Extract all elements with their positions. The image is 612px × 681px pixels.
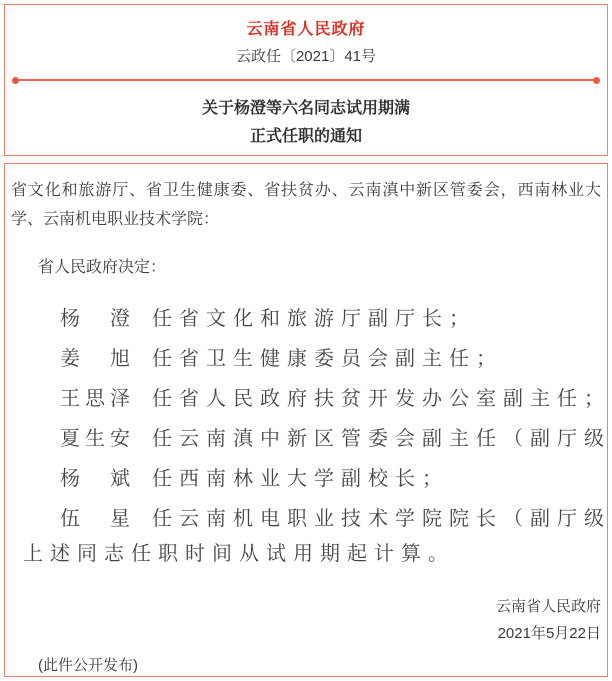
appointee-position: 任云南机电职业技术学院院长（副厅级）。 [152,508,612,530]
appointee-name: 伍 星 [60,499,130,539]
document-title-line2: 正式任职的通知 [5,126,607,147]
appointee-name: 杨 斌 [60,459,130,499]
appointee-name: 姜 旭 [60,339,130,379]
signature-org: 云南省人民政府 [11,593,601,621]
appointee-name: 杨 澄 [60,299,130,339]
decision-intro: 省人民政府决定： [11,253,601,283]
appointment-row: 夏生安任云南滇中新区管委会副主任（副厅级）； [60,419,601,459]
appointee-position: 任西南林业大学副校长； [152,468,449,490]
issuing-org-name: 云南省人民政府 [5,19,607,40]
signature-date: 2021年5月22日 [11,621,601,646]
document-page: 云南省人民政府 云政任〔2021〕41号 关于杨澄等六名同志试用期满 正式任职的… [0,0,612,681]
appointment-row: 杨 澄任省文化和旅游厅副厅长； [60,299,601,339]
closing-note: 上述同志任职时间从试用期起计算。 [23,539,601,570]
divider-dot-right-icon [593,77,600,84]
letterhead-box: 云南省人民政府 云政任〔2021〕41号 关于杨澄等六名同志试用期满 正式任职的… [4,4,608,156]
appointment-row: 伍 星任云南机电职业技术学院院长（副厅级）。 [60,499,601,539]
recipients-paragraph: 省文化和旅游厅、省卫生健康委、省扶贫办、云南滇中新区管委会，西南林业大学、云南机… [11,176,601,234]
appointee-position: 任省文化和旅游厅副厅长； [152,308,476,330]
appointee-position: 任云南滇中新区管委会副主任（副厅级）； [152,428,612,450]
appointment-row: 王思泽任省人民政府扶贫开发办公室副主任； [60,379,601,419]
appointee-name: 王思泽 [60,379,130,419]
document-body-box: 省文化和旅游厅、省卫生健康委、省扶贫办、云南滇中新区管委会，西南林业大学、云南机… [4,163,608,677]
appointee-name: 夏生安 [60,419,130,459]
appointment-row: 姜 旭任省卫生健康委员会副主任； [60,339,601,379]
document-title-line1: 关于杨澄等六名同志试用期满 [5,98,607,119]
appointee-position: 任省人民政府扶贫开发办公室副主任； [152,388,611,410]
public-release-note: (此件公开发布) [38,653,601,679]
appointee-position: 任省卫生健康委员会副主任； [152,348,503,370]
divider-dot-left-icon [12,77,19,84]
appointments-list: 杨 澄任省文化和旅游厅副厅长； 姜 旭任省卫生健康委员会副主任； 王思泽任省人民… [11,299,601,539]
letterhead-divider [13,79,599,81]
appointment-row: 杨 斌任西南林业大学副校长； [60,459,601,499]
document-number: 云政任〔2021〕41号 [5,47,607,67]
